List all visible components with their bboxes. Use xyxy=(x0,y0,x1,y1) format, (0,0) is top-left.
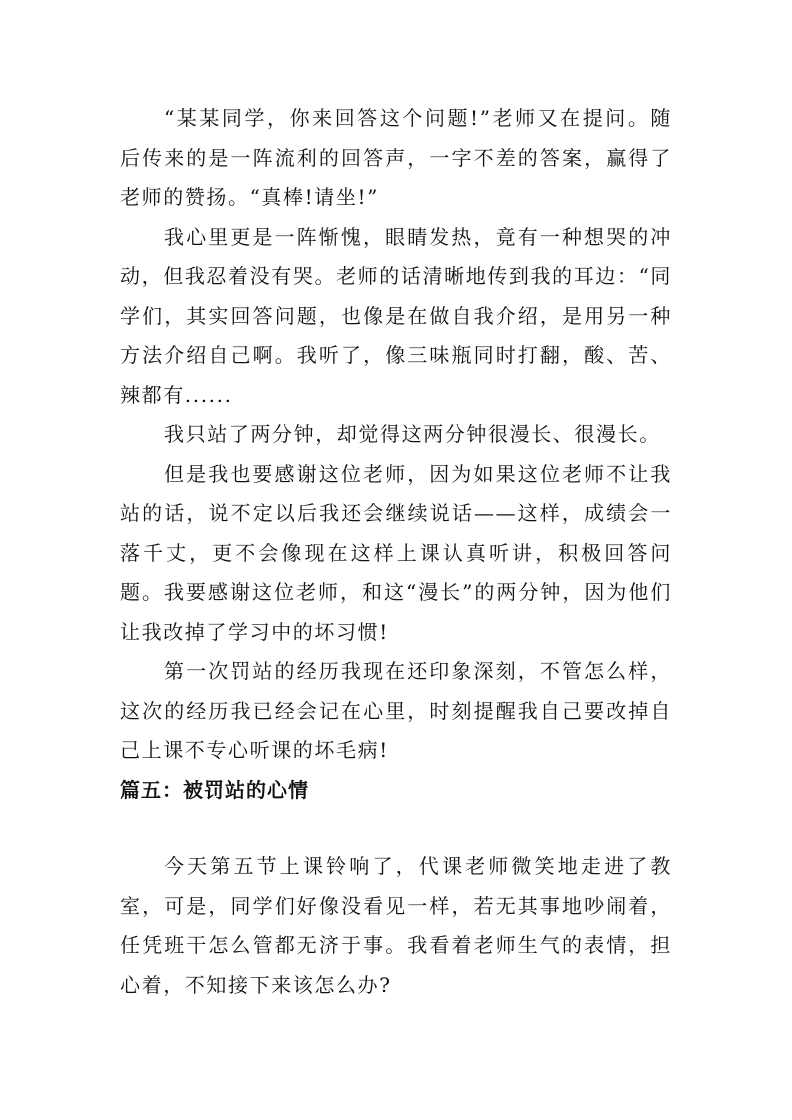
paragraph-two-minutes: 我只站了两分钟，却觉得这两分钟很漫长、很漫长。 xyxy=(120,415,672,455)
paragraph-feeling-ashamed: 我心里更是一阵惭愧，眼睛发热，竟有一种想哭的冲动，但我忍着没有哭。老师的话清晰地… xyxy=(120,218,672,416)
section-spacer xyxy=(120,810,672,847)
document-page: “某某同学，你来回答这个问题!”老师又在提问。随后传来的是一阵流利的回答声，一字… xyxy=(120,99,672,1005)
paragraph-thank-teacher: 但是我也要感谢这位老师，因为如果这位老师不让我站的话，说不定以后我还会继续说话—… xyxy=(120,455,672,653)
section-heading: 篇五：被罚站的心情 xyxy=(120,771,672,811)
paragraph-teacher-question: “某某同学，你来回答这个问题!”老师又在提问。随后传来的是一阵流利的回答声，一字… xyxy=(120,99,672,218)
paragraph-fifth-class: 今天第五节上课铃响了，代课老师微笑地走进了教室，可是，同学们好像没看见一样，若无… xyxy=(120,847,672,1005)
paragraph-first-experience: 第一次罚站的经历我现在还印象深刻，不管怎么样，这次的经历我已经会记在心里，时刻提… xyxy=(120,652,672,771)
